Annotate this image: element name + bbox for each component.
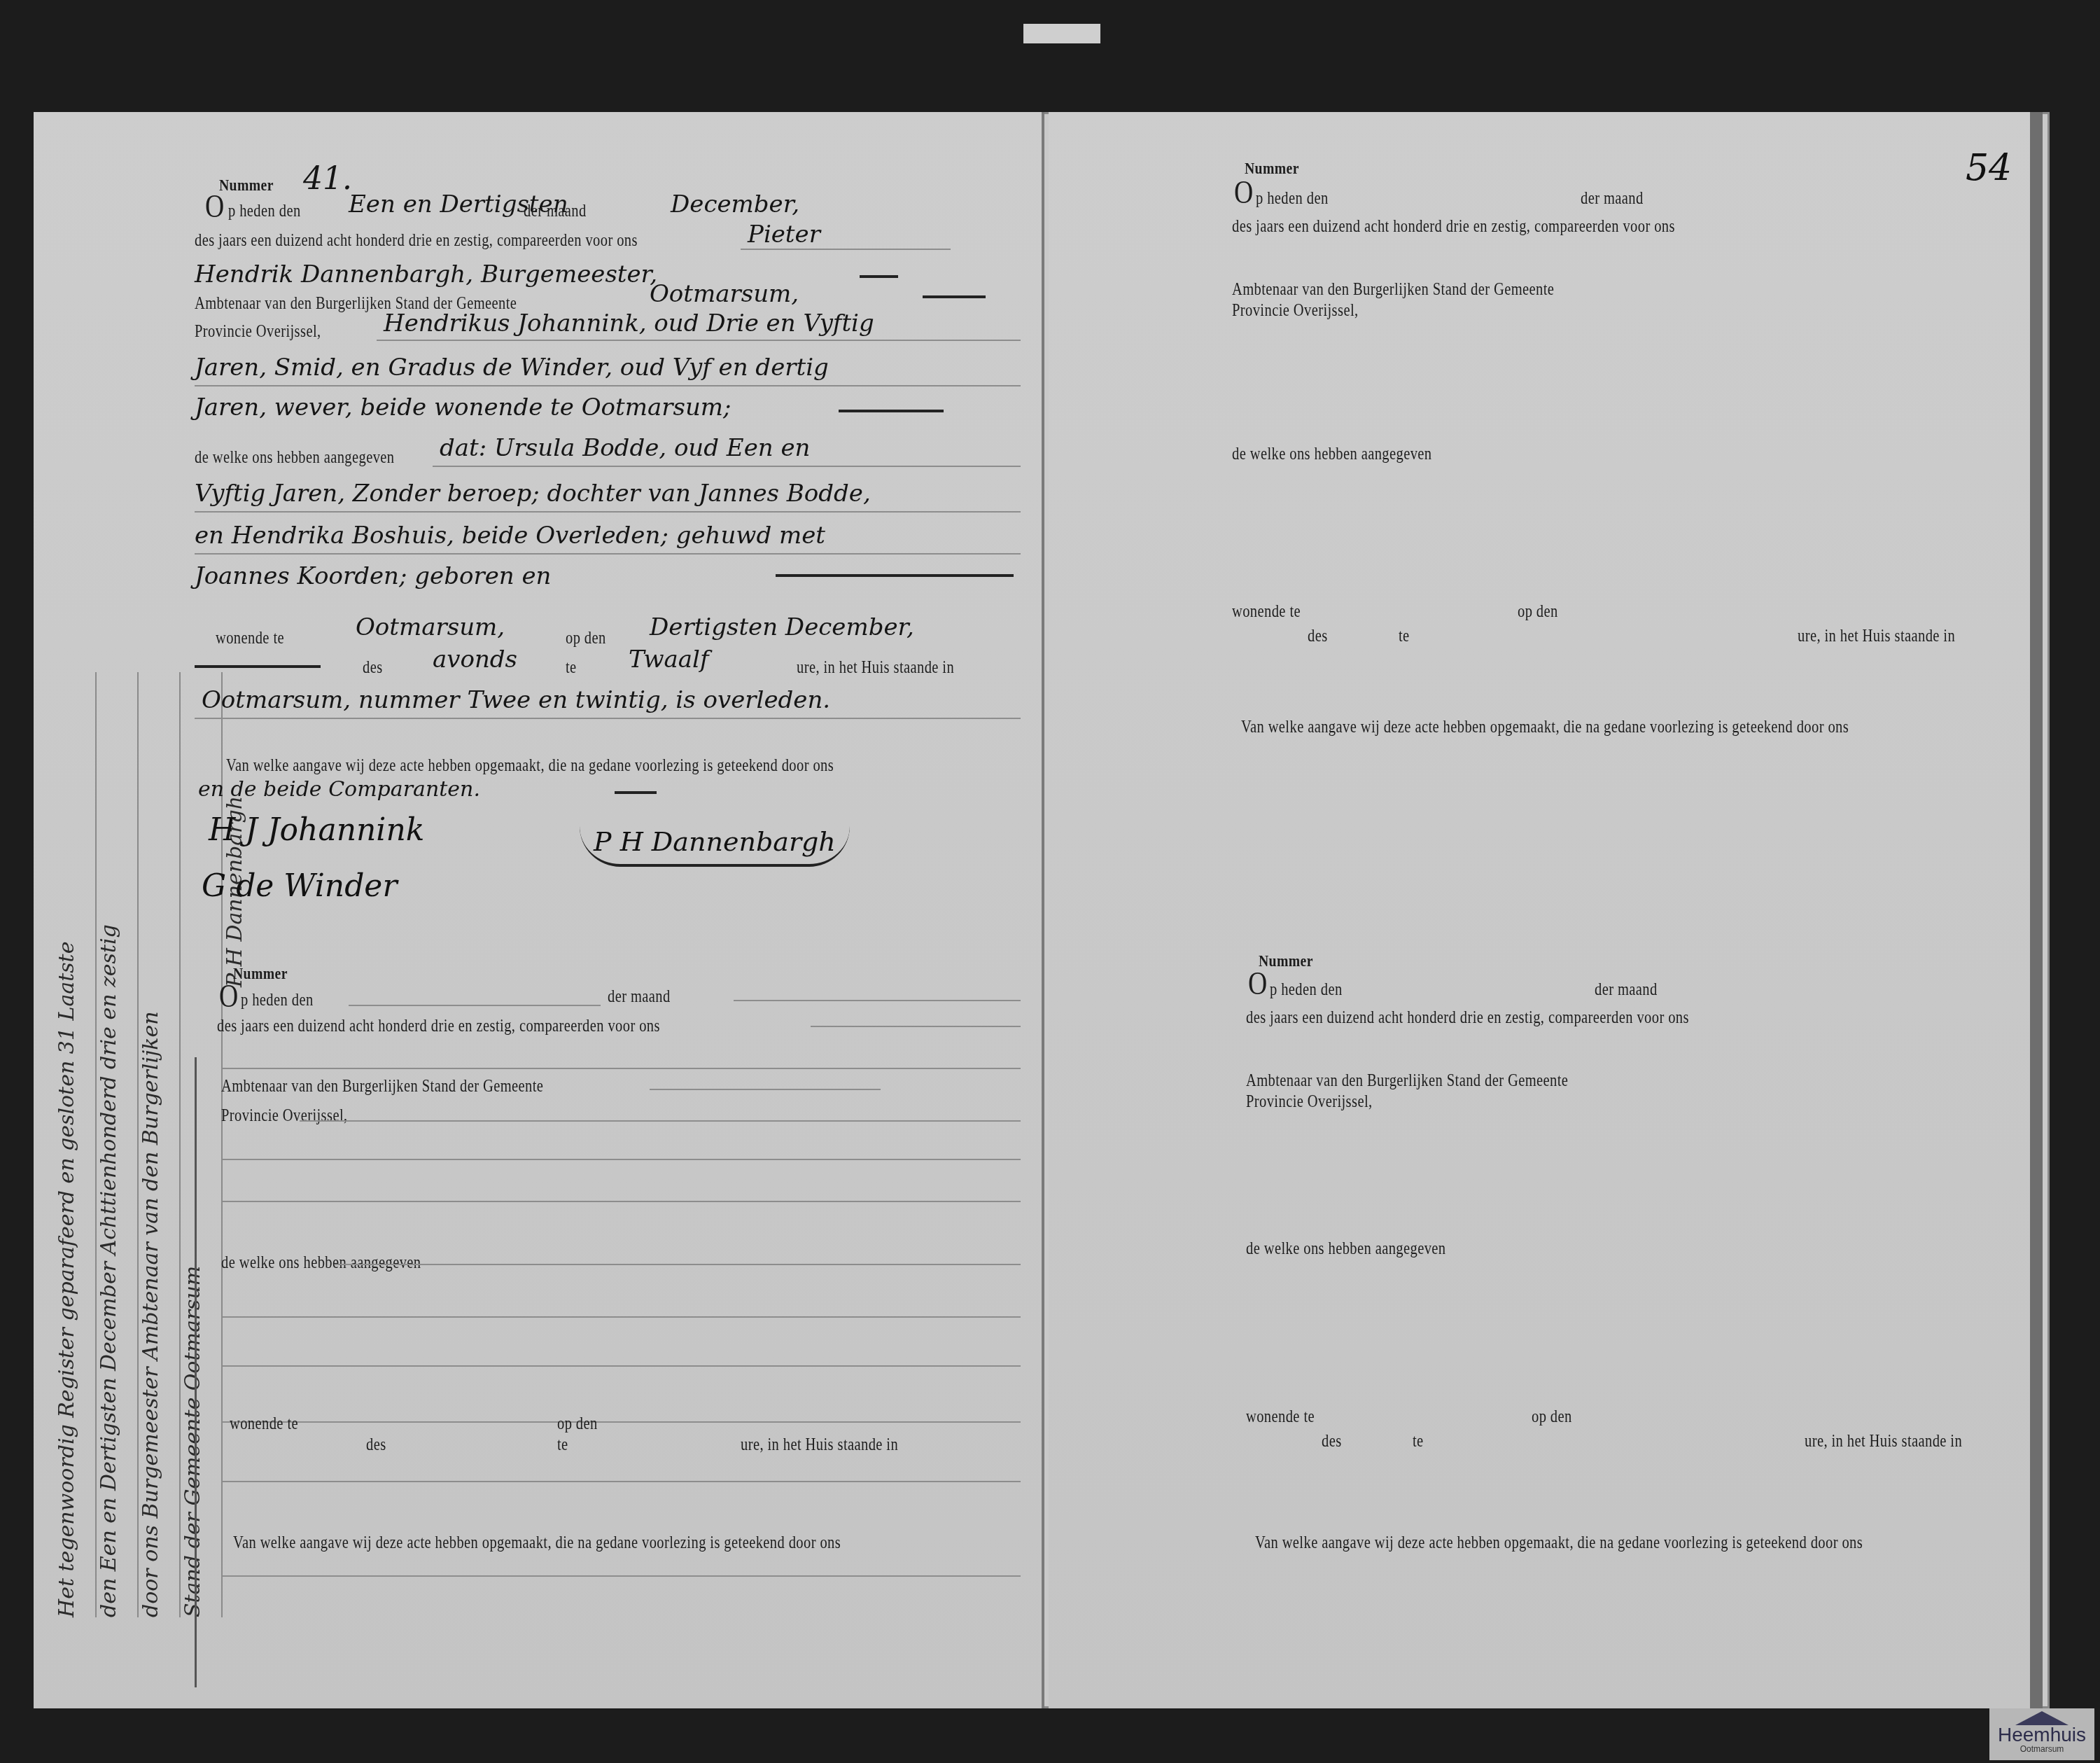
provincie-label: Provincie Overijssel, [1246,1092,1373,1112]
record-number: 41. [303,161,352,197]
des-label: des [1322,1432,1342,1451]
watermark-name: Heemhuis [1989,1725,2094,1745]
fill-dash [195,665,321,668]
op-initial: O [205,190,225,223]
signature-dannenbargh: P H Dannenbargh [580,826,850,867]
der-maand-label: der maand [1581,189,1644,209]
wonende-te-label: wonende te [1246,1407,1315,1427]
margin-note-line: den Een en Dertigsten December Achttienh… [97,672,139,1617]
de-welke-label: de welke ons hebben aangegeven [221,1253,421,1273]
declaration-line-4: Joannes Koorden; geboren en [195,562,552,590]
official-first-name: Pieter [748,221,820,249]
op-heden-label: p heden den [1256,189,1329,209]
de-welke-label: de welke ons hebben aangegeven [1246,1239,1446,1259]
signature-de-winder: G de Winder [202,868,397,904]
watermark-sub: Ootmarsum [1989,1745,2094,1753]
op-initial: O [1248,968,1268,1000]
fill-dash [860,275,898,278]
der-maand-label: der maand [608,987,671,1007]
month-value: December, [671,190,799,218]
des-label: des [366,1435,386,1455]
declaration-line-2: Vyftig Jaren, Zonder beroep; dochter van… [195,480,871,508]
gemeente-value: Ootmarsum, [650,280,799,308]
page-edge [2030,112,2043,1708]
des-label: des [1308,627,1328,646]
op-heden-label: p heden den [228,202,301,221]
margin-divider [195,1057,197,1687]
fill-dash [776,574,1014,577]
des-jaars-label: des jaars een duizend acht honderd drie … [1232,217,1675,237]
op-den-label: op den [566,629,606,648]
form-rule [300,1120,1021,1122]
margin-note-line: Het tegenwoordig Register geparafeerd en… [55,672,97,1617]
op-initial: O [1234,176,1254,209]
form-rule [223,1575,1021,1577]
witnesses-line-1: Hendrikus Johannink, oud Drie en Vyftig [384,309,874,337]
heemhuis-watermark-logo: Heemhuis Ootmarsum [1989,1708,2094,1760]
ure-label: ure, in het Huis staande in [1805,1432,1962,1451]
fill-dash [923,295,986,298]
des-jaars-label: des jaars een duizend acht honderd drie … [1246,1008,1689,1028]
form-rule [223,1365,1021,1367]
ure-label: ure, in het Huis staande in [1798,627,1955,646]
margin-note-line: door ons Burgemeester Ambtenaar van den … [139,672,181,1617]
der-maand-label: der maand [524,202,587,221]
van-welke-label: Van welke aangave wij deze acte hebben o… [226,756,834,776]
house-address-value: Ootmarsum, nummer Twee en twintig, is ov… [202,686,830,714]
des-jaars-label: des jaars een duizend acht honderd drie … [195,231,638,251]
register-spread: Het tegenwoordig Register geparafeerd en… [34,112,2050,1708]
witnesses-line-3: Jaren, wever, beide wonende te Ootmarsum… [195,393,731,421]
op-initial: O [219,980,239,1012]
op-den-label: op den [557,1414,598,1434]
form-rule [223,1201,1021,1202]
wonende-te-label: wonende te [216,629,284,648]
form-rule [223,1481,1021,1482]
residence-value: Ootmarsum, [356,613,505,641]
signature-johannink: H J Johannink [209,812,424,848]
op-heden-label: p heden den [1270,980,1343,1000]
de-welke-label: de welke ons hebben aangegeven [1232,445,1432,464]
provincie-label: Provincie Overijssel, [195,322,321,342]
van-welke-label: Van welke aangave wij deze acte hebben o… [233,1533,841,1553]
form-rule [195,511,1021,513]
op-den-label: op den [1532,1407,1572,1427]
te-label: te [1413,1432,1424,1451]
wonende-te-label: wonende te [230,1414,298,1434]
film-marker-tab [1023,24,1100,43]
form-rule [223,1159,1021,1160]
des-jaars-label: des jaars een duizend acht honderd drie … [217,1017,660,1036]
form-rule [349,1005,601,1006]
fill-dash [839,410,944,412]
declaration-line-3: en Hendrika Boshuis, beide Overleden; ge… [195,522,825,550]
official-name-title: Hendrik Dannenbargh, Burgemeester, [195,260,657,288]
form-rule [734,1000,1021,1001]
de-welke-label: de welke ons hebben aangegeven [195,448,395,468]
ure-label: ure, in het Huis staande in [741,1435,898,1455]
form-rule [195,718,1021,719]
provincie-label: Provincie Overijssel, [221,1106,348,1126]
date-of-death-value: Dertigsten December, [650,613,914,641]
ambtenaar-label: Ambtenaar van den Burgerlijken Stand der… [1232,280,1554,300]
house-roof-icon [2015,1711,2068,1725]
des-label: des [363,658,383,678]
te-label: te [557,1435,568,1455]
signed-by-value: en de beide Comparanten. [198,777,480,802]
form-rule [433,466,1021,467]
form-rule [811,1026,1021,1027]
op-den-label: op den [1518,602,1558,622]
ure-label: ure, in het Huis staande in [797,658,954,678]
ambtenaar-label: Ambtenaar van den Burgerlijken Stand der… [221,1077,543,1096]
nummer-label: Nummer [233,965,288,984]
right-page: 54 Nummer O p heden den der maand des ja… [1049,112,2043,1708]
van-welke-label: Van welke aangave wij deze acte hebben o… [1255,1533,1863,1553]
hour-value: Twaalf [629,646,709,674]
form-rule [195,385,1021,386]
declaration-line-1: dat: Ursula Bodde, oud Een en [440,434,811,462]
form-rule [223,1421,1021,1423]
form-rule [741,249,951,250]
left-page: Het tegenwoordig Register geparafeerd en… [34,112,1044,1708]
fill-dash [615,791,657,794]
te-label: te [566,658,577,678]
ambtenaar-label: Ambtenaar van den Burgerlijken Stand der… [1246,1071,1568,1091]
form-rule [650,1089,881,1090]
nummer-label: Nummer [219,176,274,195]
te-label: te [1399,627,1410,646]
time-of-day-value: avonds [433,646,517,674]
van-welke-label: Van welke aangave wij deze acte hebben o… [1241,718,1849,737]
form-rule [335,1264,1021,1265]
provincie-label: Provincie Overijssel, [1232,301,1359,321]
op-heden-label: p heden den [241,991,314,1010]
form-rule [223,1068,1021,1069]
form-rule [195,553,1021,555]
page-number: 54 [1966,147,2012,189]
form-rule [223,1316,1021,1318]
der-maand-label: der maand [1595,980,1658,1000]
wonende-te-label: wonende te [1232,602,1301,622]
witnesses-line-2: Jaren, Smid, en Gradus de Winder, oud Vy… [195,354,829,382]
form-rule [377,340,1021,341]
